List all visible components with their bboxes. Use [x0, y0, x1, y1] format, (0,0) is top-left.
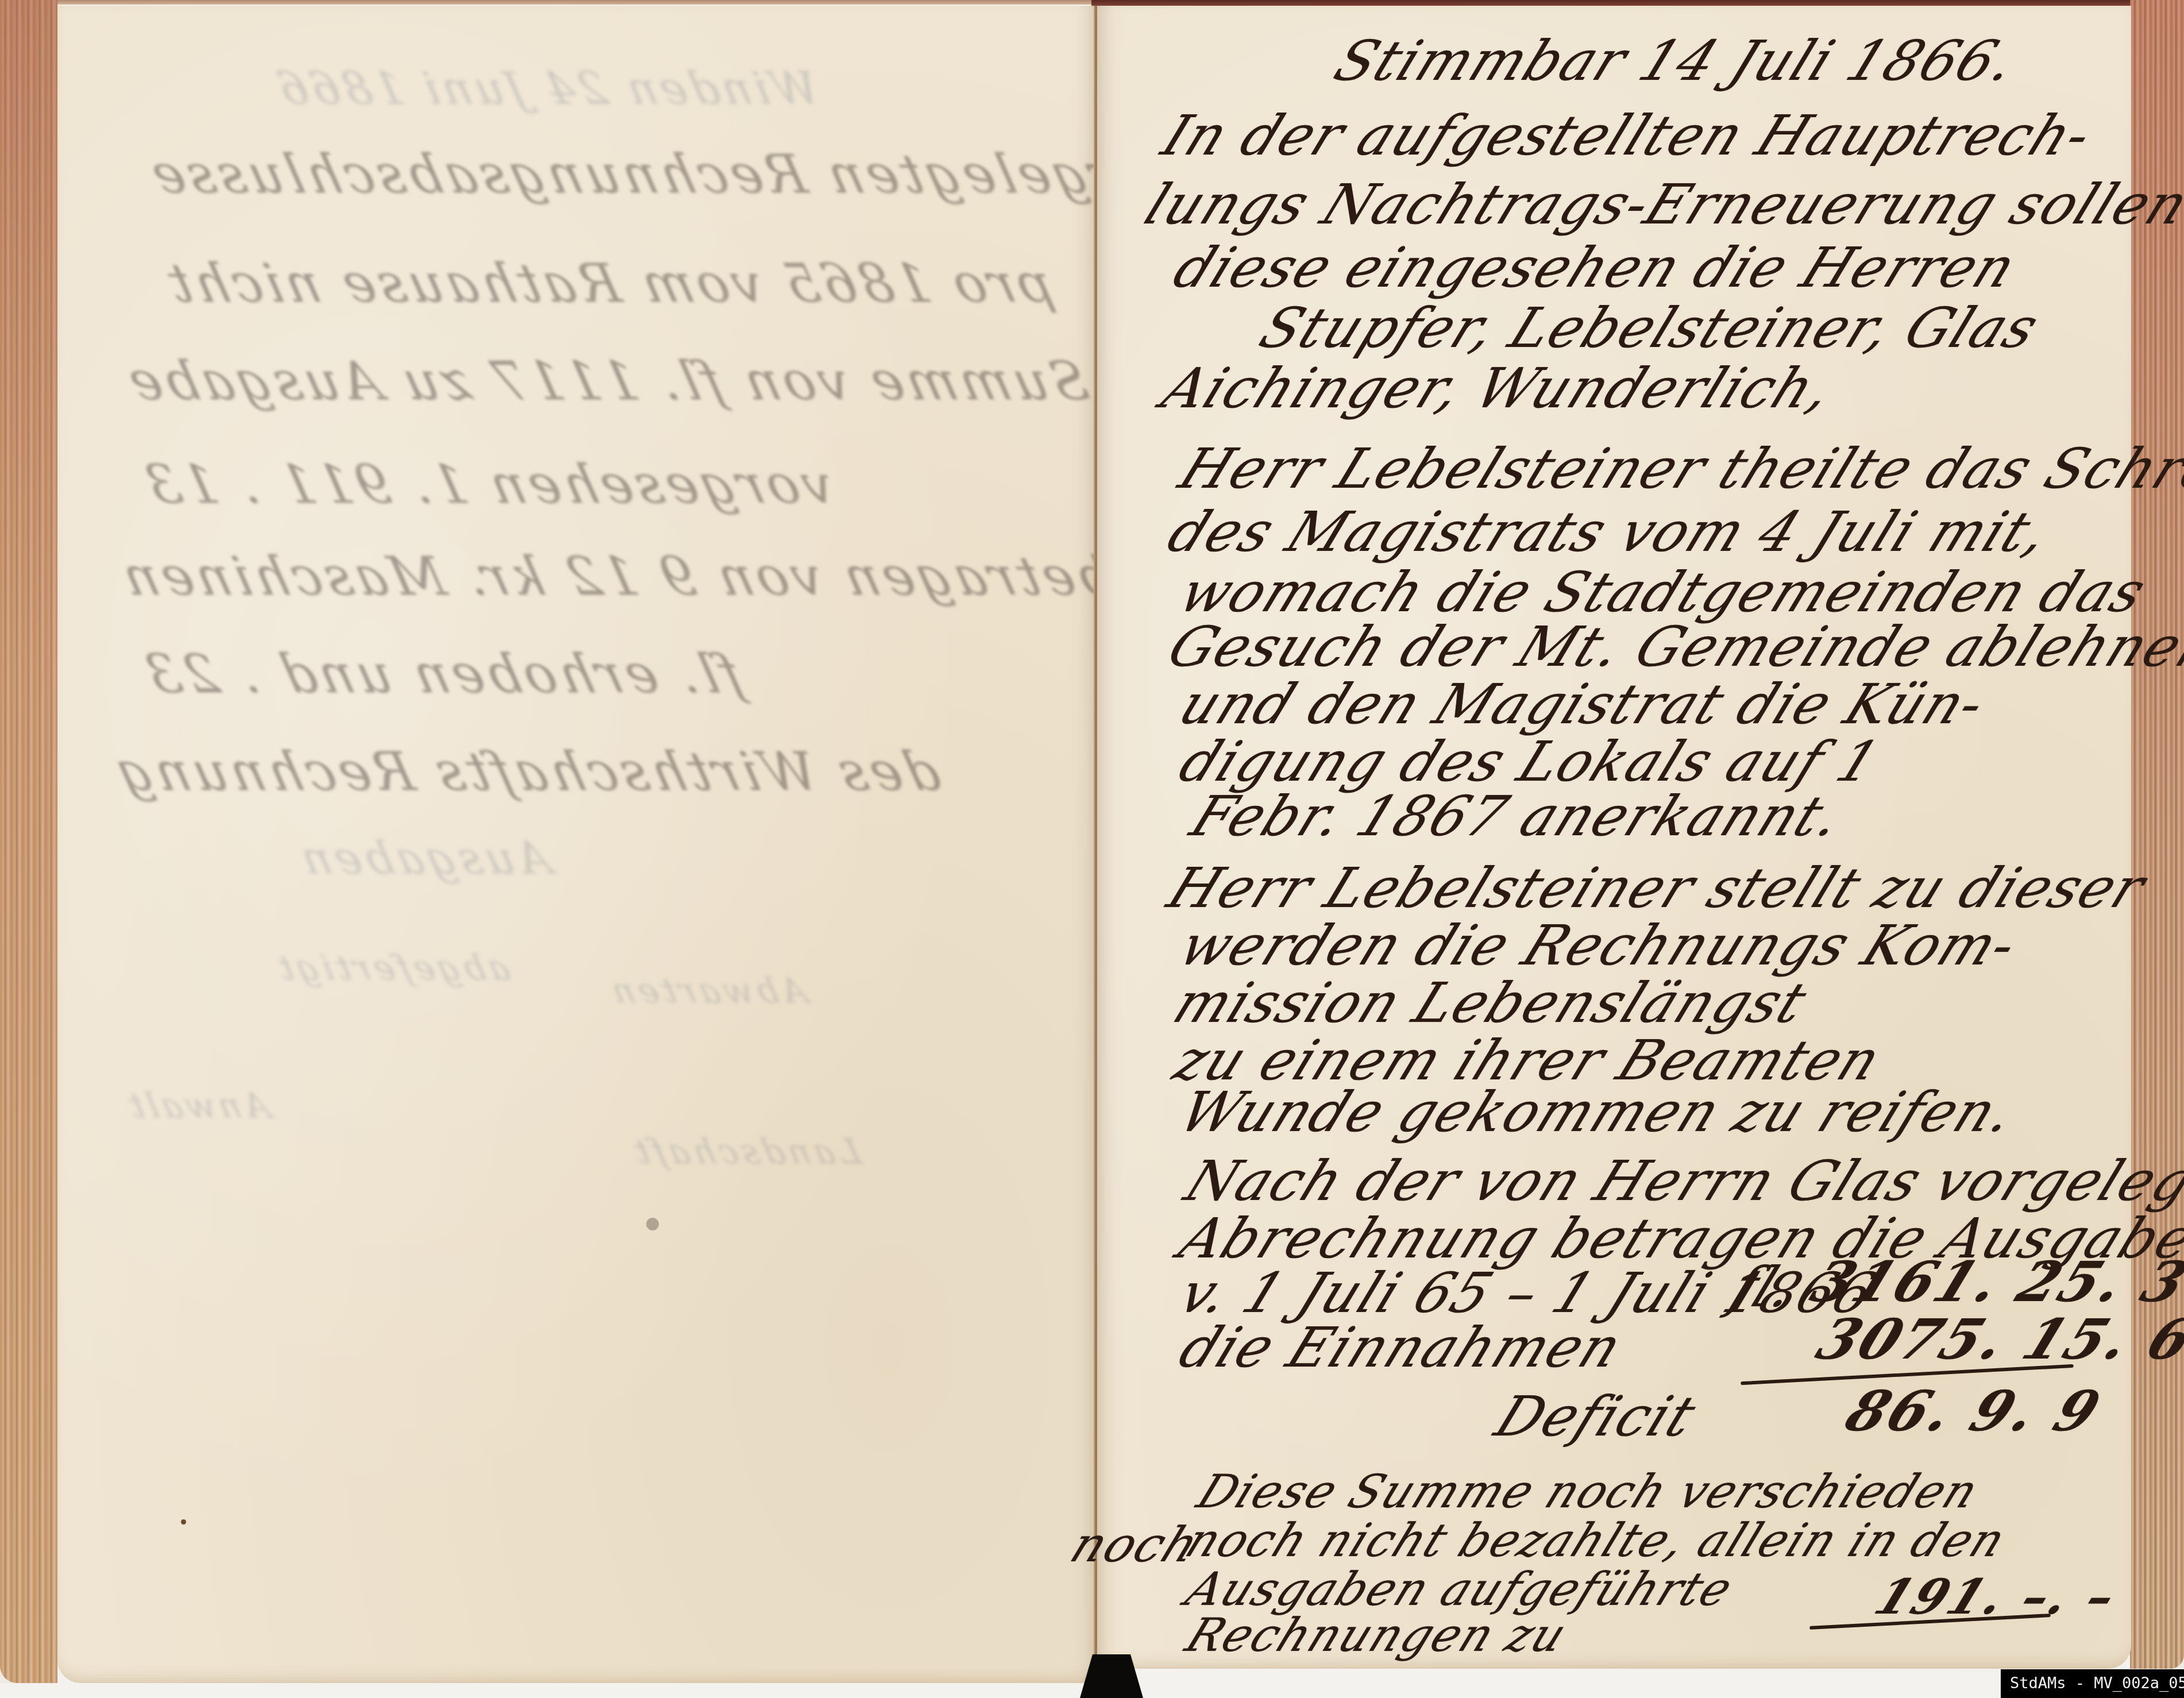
deficit-label: Deficit	[1486, 1384, 1705, 1449]
handwritten-line: Febr. 1867 anerkannt.	[1182, 784, 1853, 848]
bleed-line: vorgesehen 1. 911 . 13	[136, 454, 840, 515]
handwritten-line: Wunde gekommen zu reifen.	[1170, 1080, 2025, 1144]
amount-income: 3075. 15. 6	[1808, 1307, 2184, 1372]
bleed-fragment: Landschaft	[627, 1132, 865, 1172]
archive-caption-label: StdAMs - MV_002a_057	[2001, 1669, 2184, 1698]
ink-spot	[181, 1519, 186, 1525]
ink-spot	[646, 1218, 659, 1230]
bleed-fragment: abgefertigt	[271, 948, 514, 988]
page-block-edge-left	[0, 0, 57, 1683]
handwritten-line: werden die Rechnungs Kom-	[1170, 913, 2027, 978]
handwritten-line: In der aufgestellten Hauptrech-	[1153, 103, 2102, 168]
handwritten-line: Aichinger, Wunderlich,	[1153, 356, 1843, 420]
handwritten-line: des Magistrats vom 4 Juli mit,	[1159, 500, 2060, 564]
book-cover-edge-left	[17, 0, 1091, 5]
handwritten-line: lungs Nachtrags-Erneuerung sollen	[1136, 172, 2184, 237]
amount-deficit: 86. 9. 9	[1836, 1379, 2112, 1444]
handwritten-line: und den Magistrat die Kün-	[1170, 672, 1995, 736]
handwritten-line: Herr Lebelsteiner stellt zu dieser	[1159, 856, 2155, 920]
handwritten-line: Herr Lebelsteiner theilte das Schreiben	[1170, 437, 2184, 501]
handwritten-line: diese eingesehen die Herren	[1164, 236, 2026, 300]
handwritten-line: Nach der von Herrn Glas vorgelegten	[1176, 1149, 2184, 1213]
handwritten-line: Diese Summe noch verschieden	[1190, 1465, 1987, 1518]
bleed-line: pro 1865 vom Rathause nicht	[159, 253, 1059, 314]
handwritten-line: die Einnahmen	[1170, 1315, 1632, 1380]
amount-expenses: 3161. 25. 3	[1802, 1249, 2184, 1314]
bleed-line: Winden 24 Juni 1866	[269, 63, 824, 115]
bleed-fragment: Anwalt	[121, 1086, 274, 1126]
handwritten-line: Stupfer, Lebelsteiner, Glas	[1251, 296, 2048, 360]
bleed-line: Ausgaben	[292, 833, 557, 885]
left-page: Winden 24 Juni 1866 Ab in der vorgelegte…	[57, 6, 1096, 1683]
page-block-edge-right	[2130, 0, 2184, 1669]
bleed-line: fl. erhoben und . 23	[136, 643, 748, 705]
entry-heading: Stimmbar 14 Juli 1866.	[1325, 29, 2027, 93]
handwritten-line: mission Lebenslängst	[1164, 971, 1816, 1035]
document-scan: Winden 24 Juni 1866 Ab in der vorgelegte…	[0, 0, 2184, 1698]
handwritten-line: noch nicht bezahlte, allein in den	[1178, 1514, 2014, 1567]
right-page: Stimmbar 14 Juli 1866. In der aufgestell…	[1097, 6, 2131, 1669]
handwritten-line: Gesuch der Mt. Gemeinde ablehnen	[1159, 615, 2184, 679]
bleed-line: des Wirthschafts Rechnung	[107, 741, 947, 802]
handwritten-line: Rechnungen zu	[1178, 1608, 1575, 1662]
bleed-fragment: Abwarten	[604, 971, 811, 1011]
